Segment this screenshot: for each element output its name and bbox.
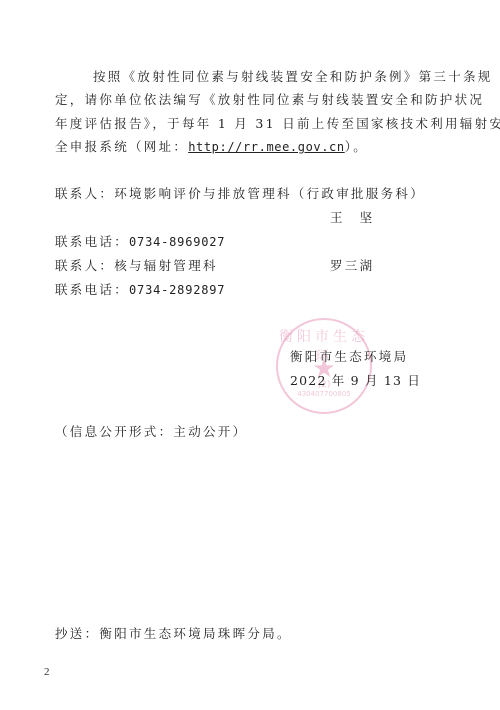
contact-2-name: 罗三湖 [330, 258, 374, 274]
paragraph-line-4: 全申报系统（网址：http://rr.mee.gov.cn）。 [55, 139, 368, 155]
system-url-link[interactable]: http://rr.mee.gov.cn [188, 140, 345, 154]
contact-1-phone-label: 联系电话： [55, 234, 129, 249]
paragraph-line-2: 定，请你单位依法编写《放射性同位素与射线装置安全和防护状况 [55, 92, 484, 108]
contact-1-phone-row: 联系电话：0734-8969027 [55, 234, 225, 250]
contact-1-label: 联系人：环境影响评价与排放管理科（行政审批服务科） [55, 186, 425, 202]
paragraph-line-3: 年度评估报告》，于每年 1 月 31 日前上传至国家核技术利用辐射安 [55, 116, 500, 132]
issuing-organization: 衡阳市生态环境局 [290, 349, 408, 365]
contact-1-phone: 0734-8969027 [129, 235, 225, 249]
official-seal-stamp: 衡阳市生态环 ★ (2) 430407700805 [276, 318, 372, 414]
stamp-code: 430407700805 [278, 390, 370, 398]
disclosure-type: （信息公开形式：主动公开） [55, 424, 247, 440]
contact-2-label: 联系人：核与辐射管理科 [55, 258, 218, 274]
contact-2-phone-row: 联系电话：0734-2892897 [55, 282, 225, 298]
contact-2-phone-label: 联系电话： [55, 282, 129, 297]
issue-date: 2022 年 9 月 13 日 [290, 373, 421, 389]
page-number: 2 [44, 666, 50, 678]
contact-2-phone: 0734-2892897 [129, 283, 225, 297]
contact-1-name: 王 坚 [330, 210, 374, 226]
paragraph-line-4-tail: ）。 [345, 139, 368, 154]
cc-line: 抄送：衡阳市生态环境局珠晖分局。 [55, 626, 292, 642]
paragraph-line-4-text: 全申报系统（网址： [55, 139, 188, 154]
paragraph-line-1: 按照《放射性同位素与射线装置安全和防护条例》第三十条规 [93, 69, 493, 85]
